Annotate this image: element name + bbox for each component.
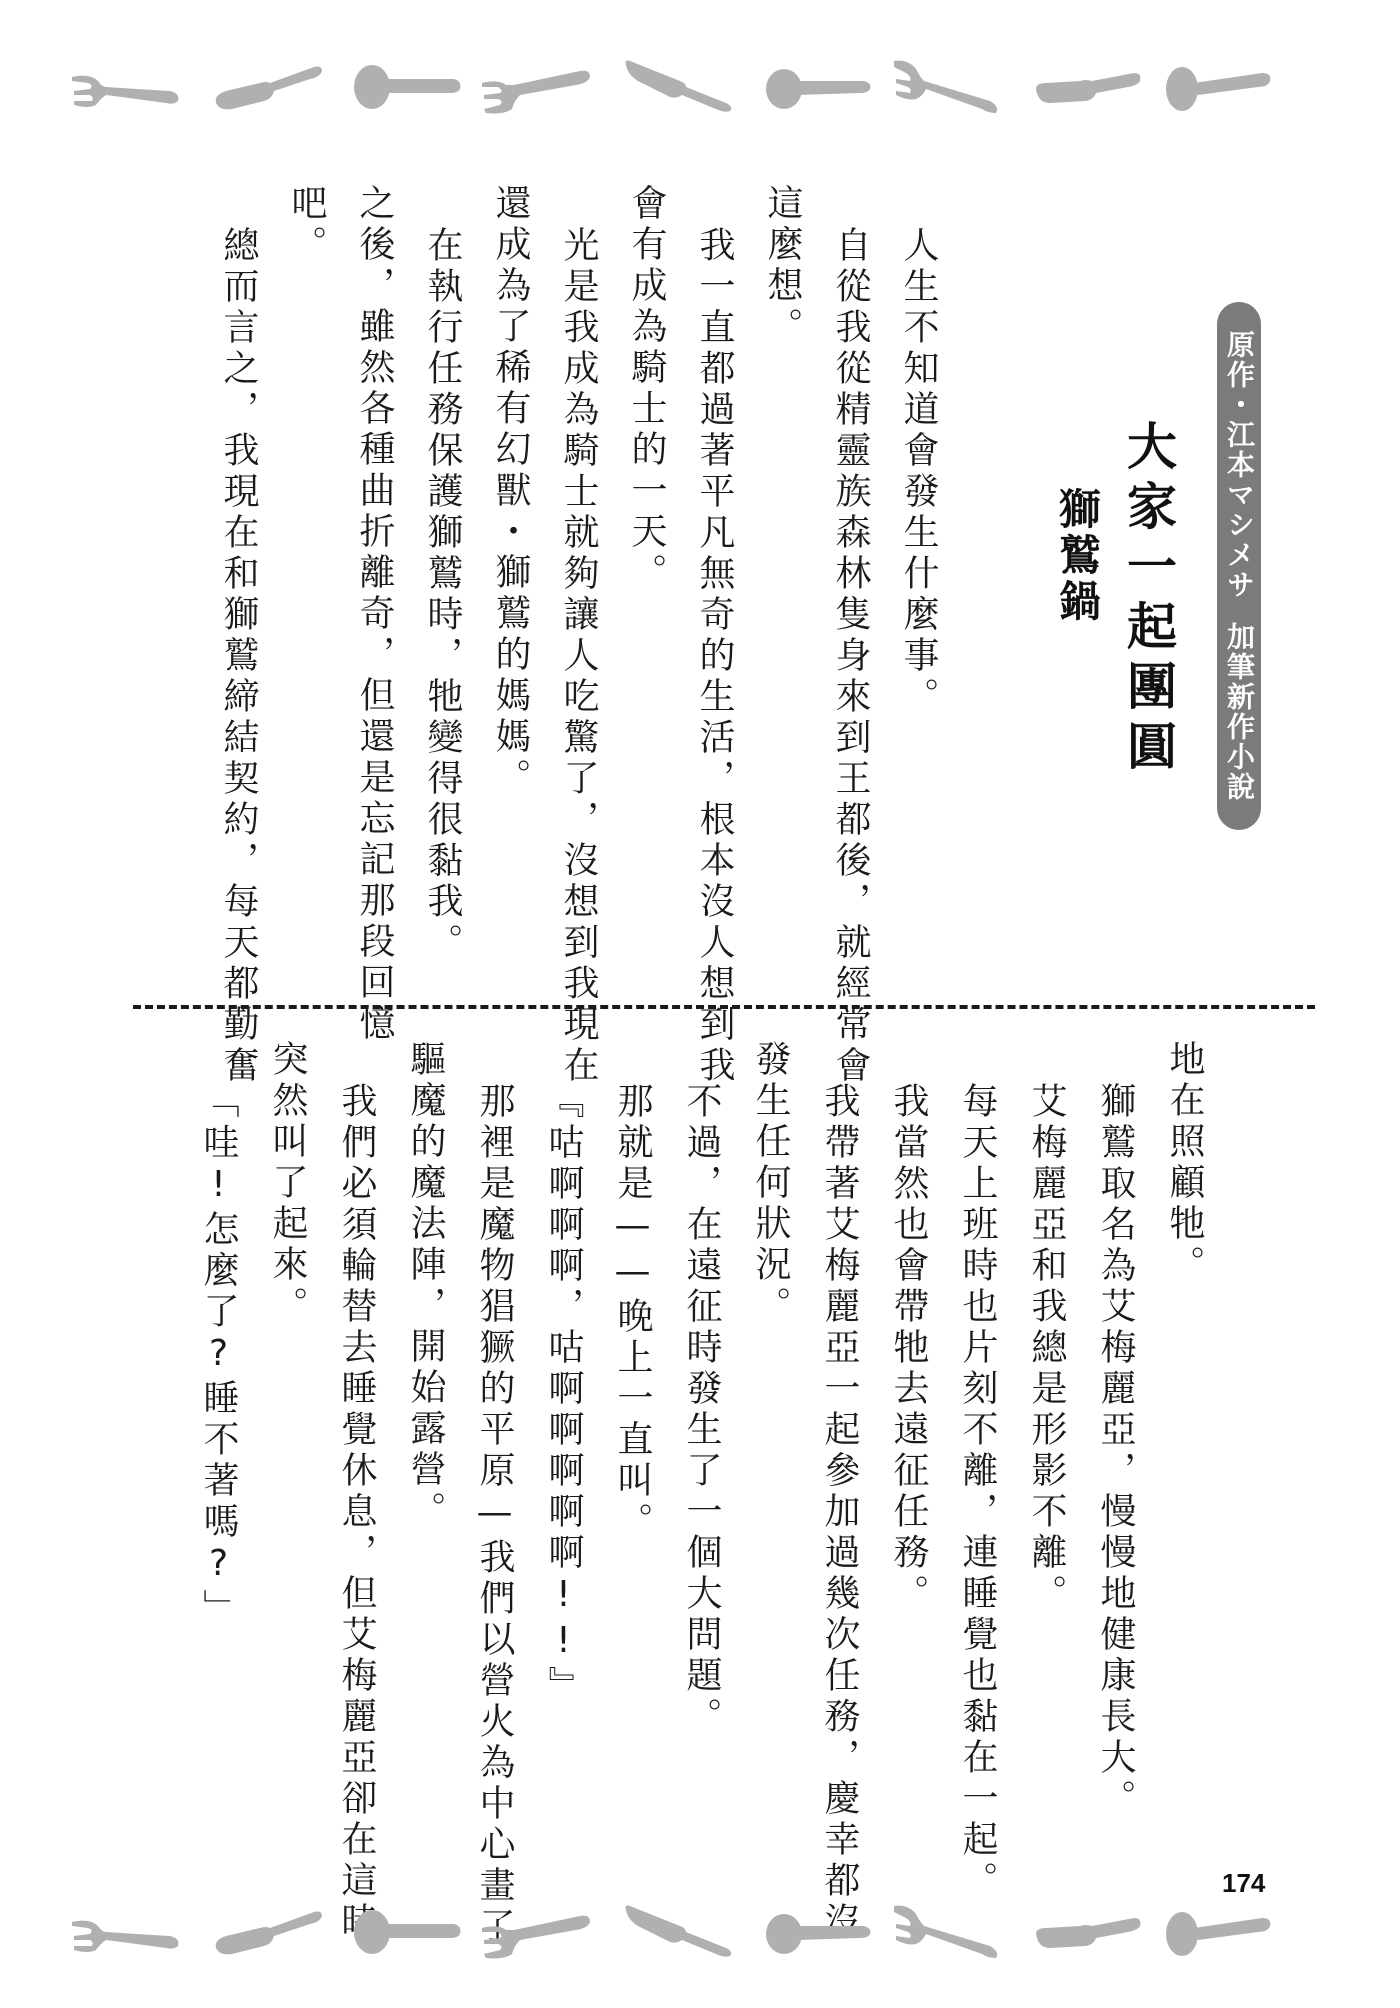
knife-icon bbox=[620, 1900, 740, 1960]
knife-icon bbox=[210, 1900, 330, 1960]
fork-icon bbox=[890, 55, 1010, 115]
spoon-icon bbox=[1160, 55, 1280, 115]
text-column: 那就是——晚上一直叫。 bbox=[610, 1082, 654, 1543]
cutlery-border-bottom bbox=[70, 1900, 1330, 1960]
text-column: 還成為了稀有幻獸・獅鷲的媽媽。 bbox=[488, 184, 532, 799]
text-column: 自從我從精靈族森林隻身來到王都後，就經常會 bbox=[828, 226, 872, 1087]
text-column: 突然叫了起來。 bbox=[265, 1040, 309, 1327]
cutlery-border-top bbox=[70, 55, 1330, 115]
text-column: 不過，在遠征時發生了一個大問題。 bbox=[679, 1082, 723, 1738]
text-column: 發生任何狀況。 bbox=[748, 1040, 792, 1327]
banner-credit: 原作・江本マシメサ bbox=[1223, 330, 1256, 600]
knife-icon bbox=[620, 55, 740, 115]
fork-icon bbox=[480, 55, 600, 115]
story-subtitle: 獅鷲鍋 bbox=[1052, 487, 1102, 625]
text-column: 「哇!怎麼了?睡不著嗎?」 bbox=[196, 1082, 240, 1630]
text-column: 那裡是魔物猖獗的平原—我們以營火為中心畫了 bbox=[472, 1082, 516, 1948]
spoon-icon bbox=[350, 55, 470, 115]
text-column: 驅魔的魔法陣，開始露營。 bbox=[403, 1040, 447, 1532]
author-banner: 原作・江本マシメサ加筆新作小說 bbox=[1217, 302, 1261, 830]
story-title: 大家一起團圓 bbox=[1118, 420, 1178, 780]
text-column: 之後，雖然各種曲折離奇，但還是忘記那段回憶 bbox=[352, 184, 396, 1045]
text-column: 『咕啊啊啊，咕啊啊啊啊啊!!』 bbox=[541, 1082, 585, 1707]
spoon-icon bbox=[760, 1900, 880, 1960]
text-column: 會有成為騎士的一天。 bbox=[624, 184, 668, 594]
section-divider bbox=[133, 1005, 1315, 1009]
text-column: 這麼想。 bbox=[760, 184, 804, 348]
knife-icon bbox=[1030, 1900, 1150, 1960]
text-column: 我們必須輪替去睡覺休息，但艾梅麗亞卻在這時 bbox=[334, 1082, 378, 1943]
spoon-icon bbox=[1160, 1900, 1280, 1960]
fork-icon bbox=[890, 1900, 1010, 1960]
text-column: 吧。 bbox=[284, 184, 328, 266]
banner-text: 原作・江本マシメサ加筆新作小說 bbox=[1217, 330, 1261, 802]
text-column: 我帶著艾梅麗亞一起參加過幾次任務，慶幸都沒 bbox=[817, 1082, 861, 1943]
text-column: 我一直都過著平凡無奇的生活，根本沒人想到我 bbox=[692, 226, 736, 1087]
banner-label: 加筆新作小說 bbox=[1223, 622, 1256, 802]
text-column: 在執行任務保護獅鷲時，牠變得很黏我。 bbox=[420, 226, 464, 964]
text-column: 艾梅麗亞和我總是形影不離。 bbox=[1024, 1082, 1068, 1615]
text-column: 地在照顧牠。 bbox=[1162, 1040, 1206, 1286]
knife-icon bbox=[210, 55, 330, 115]
text-column: 每天上班時也片刻不離，連睡覺也黏在一起。 bbox=[955, 1082, 999, 1902]
knife-icon bbox=[1030, 55, 1150, 115]
fork-icon bbox=[70, 1900, 190, 1960]
fork-icon bbox=[70, 55, 190, 115]
text-column: 人生不知道會發生什麼事。 bbox=[896, 226, 940, 718]
text-column: 光是我成為騎士就夠讓人吃驚了，沒想到我現在 bbox=[556, 226, 600, 1087]
fork-icon bbox=[480, 1900, 600, 1960]
page-number: 174 bbox=[1222, 1868, 1265, 1899]
spoon-icon bbox=[350, 1900, 470, 1960]
spoon-icon bbox=[760, 55, 880, 115]
text-column: 總而言之，我現在和獅鷲締結契約，每天都勤奮 bbox=[216, 226, 260, 1087]
text-column: 獅鷲取名為艾梅麗亞，慢慢地健康長大。 bbox=[1093, 1082, 1137, 1820]
text-column: 我當然也會帶牠去遠征任務。 bbox=[886, 1082, 930, 1615]
